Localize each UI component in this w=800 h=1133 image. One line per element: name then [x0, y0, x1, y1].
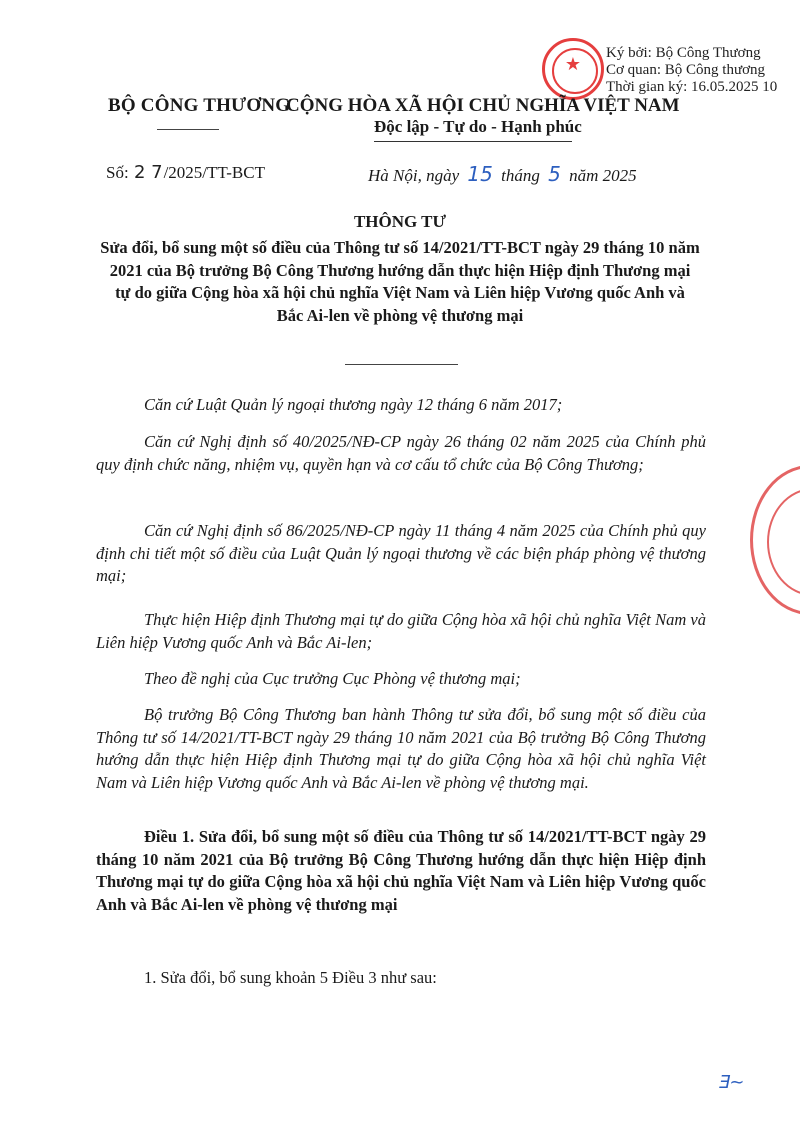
signed-by: Ký bởi: Bộ Công Thương: [606, 45, 777, 62]
digital-signature-block: Ký bởi: Bộ Công Thương Cơ quan: Bộ Công …: [606, 45, 777, 96]
article-1-heading: Điều 1. Sửa đổi, bổ sung một số điều của…: [96, 826, 706, 916]
official-seal-stamp-icon: ★: [542, 38, 604, 100]
national-motto: Độc lập - Tự do - Hạnh phúc: [374, 117, 582, 137]
preamble-item: Bộ trưởng Bộ Công Thương ban hành Thông …: [96, 704, 706, 794]
preamble-item: Theo đề nghị của Cục trưởng Cục Phòng vệ…: [96, 668, 706, 691]
signed-time: Thời gian ký: 16.05.2025 10: [606, 79, 777, 96]
divider: [345, 364, 458, 365]
place-prefix: Hà Nội, ngày: [368, 166, 459, 185]
document-subject: Sửa đổi, bổ sung một số điều của Thông t…: [100, 237, 700, 327]
article-1-clause-1: 1. Sửa đổi, bổ sung khoản 5 Điều 3 như s…: [96, 967, 706, 990]
partial-seal-stamp-icon: [750, 465, 800, 615]
document-number: Số: 2 7/2025/TT-BCT: [106, 162, 265, 183]
preamble-item: Căn cứ Nghị định số 40/2025/NĐ-CP ngày 2…: [96, 431, 706, 476]
place-and-date: Hà Nội, ngày 15 tháng 5 năm 2025: [368, 162, 637, 186]
signing-agency: Cơ quan: Bộ Công thương: [606, 62, 777, 79]
day-handwritten: 15: [467, 162, 492, 186]
handwritten-initials: Ǝ~: [718, 1072, 744, 1093]
national-title: CỘNG HÒA XÃ HỘI CHỦ NGHĨA VIỆT NAM: [286, 95, 680, 117]
star-icon: ★: [545, 55, 601, 73]
month-handwritten: 5: [548, 162, 561, 186]
doc-number-suffix: /2025/TT-BCT: [164, 163, 265, 182]
preamble-item: Căn cứ Luật Quản lý ngoại thương ngày 12…: [96, 394, 706, 417]
preamble-item: Căn cứ Nghị định số 86/2025/NĐ-CP ngày 1…: [96, 520, 706, 588]
year-label: năm 2025: [569, 166, 637, 185]
divider: [374, 141, 572, 142]
divider: [157, 129, 219, 130]
preamble-item: Thực hiện Hiệp định Thương mại tự do giữ…: [96, 609, 706, 654]
month-label: tháng: [501, 166, 540, 185]
issuing-body: BỘ CÔNG THƯƠNG: [108, 95, 290, 117]
doc-number-label: Số:: [106, 163, 129, 182]
document-type: THÔNG TƯ: [0, 212, 800, 232]
doc-number-handwritten: 2 7: [134, 162, 163, 183]
